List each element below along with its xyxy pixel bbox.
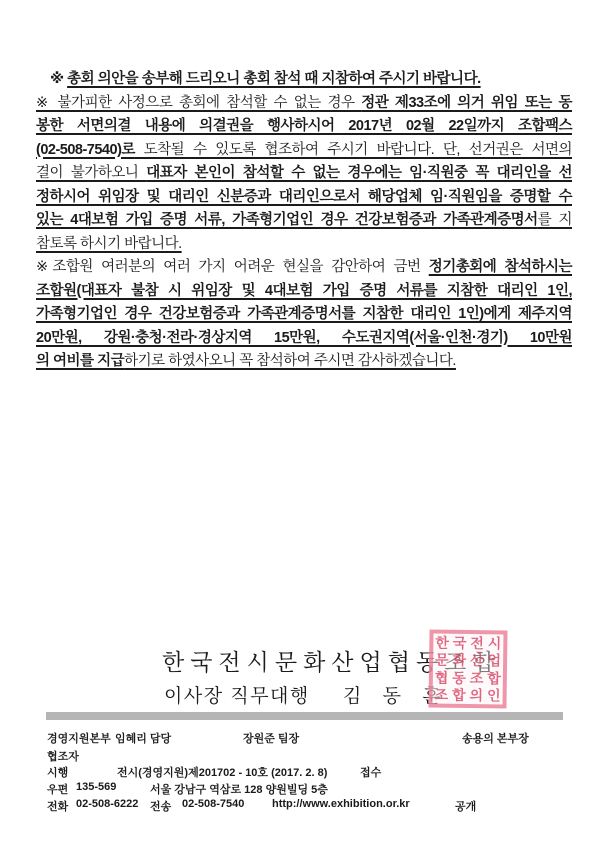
footer-issue-label: 시행: [47, 764, 68, 780]
footer-manager: 장원준 팀장: [243, 730, 299, 746]
footer-postal-label: 우편: [47, 781, 68, 797]
document-footer: 경영지원본부 임혜리 담당 장원준 팀장 송용의 본부장 협조자 시행 전시(경…: [0, 0, 600, 851]
footer-fax-label: 전송: [150, 798, 171, 814]
footer-doc-number: 전시(경영지원)제201702 - 10호 (2017. 2. 8): [117, 764, 327, 780]
footer-dept: 경영지원본부: [47, 730, 111, 746]
footer-receipt-label: 접수: [360, 764, 381, 780]
footer-fax-number: 02-508-7540: [182, 798, 244, 810]
footer-phone-label: 전화: [47, 798, 68, 814]
footer-disclosure-label: 공개: [455, 798, 476, 814]
document-page: ※ 총회 의안을 송부해 드리오니 총회 참석 때 지참하여 주시기 바랍니다.…: [0, 0, 600, 851]
footer-staff: 임혜리 담당: [115, 730, 171, 746]
footer-phone-number: 02-508-6222: [76, 798, 138, 810]
footer-postal-code: 135-569: [76, 781, 116, 793]
footer-director: 송용의 본부장: [462, 730, 529, 746]
footer-cooperator-label: 협조자: [47, 748, 79, 764]
footer-address: 서울 강남구 역삼로 128 양원빌딩 5층: [150, 781, 328, 797]
footer-website-url: http://www.exhibition.or.kr: [272, 798, 410, 810]
